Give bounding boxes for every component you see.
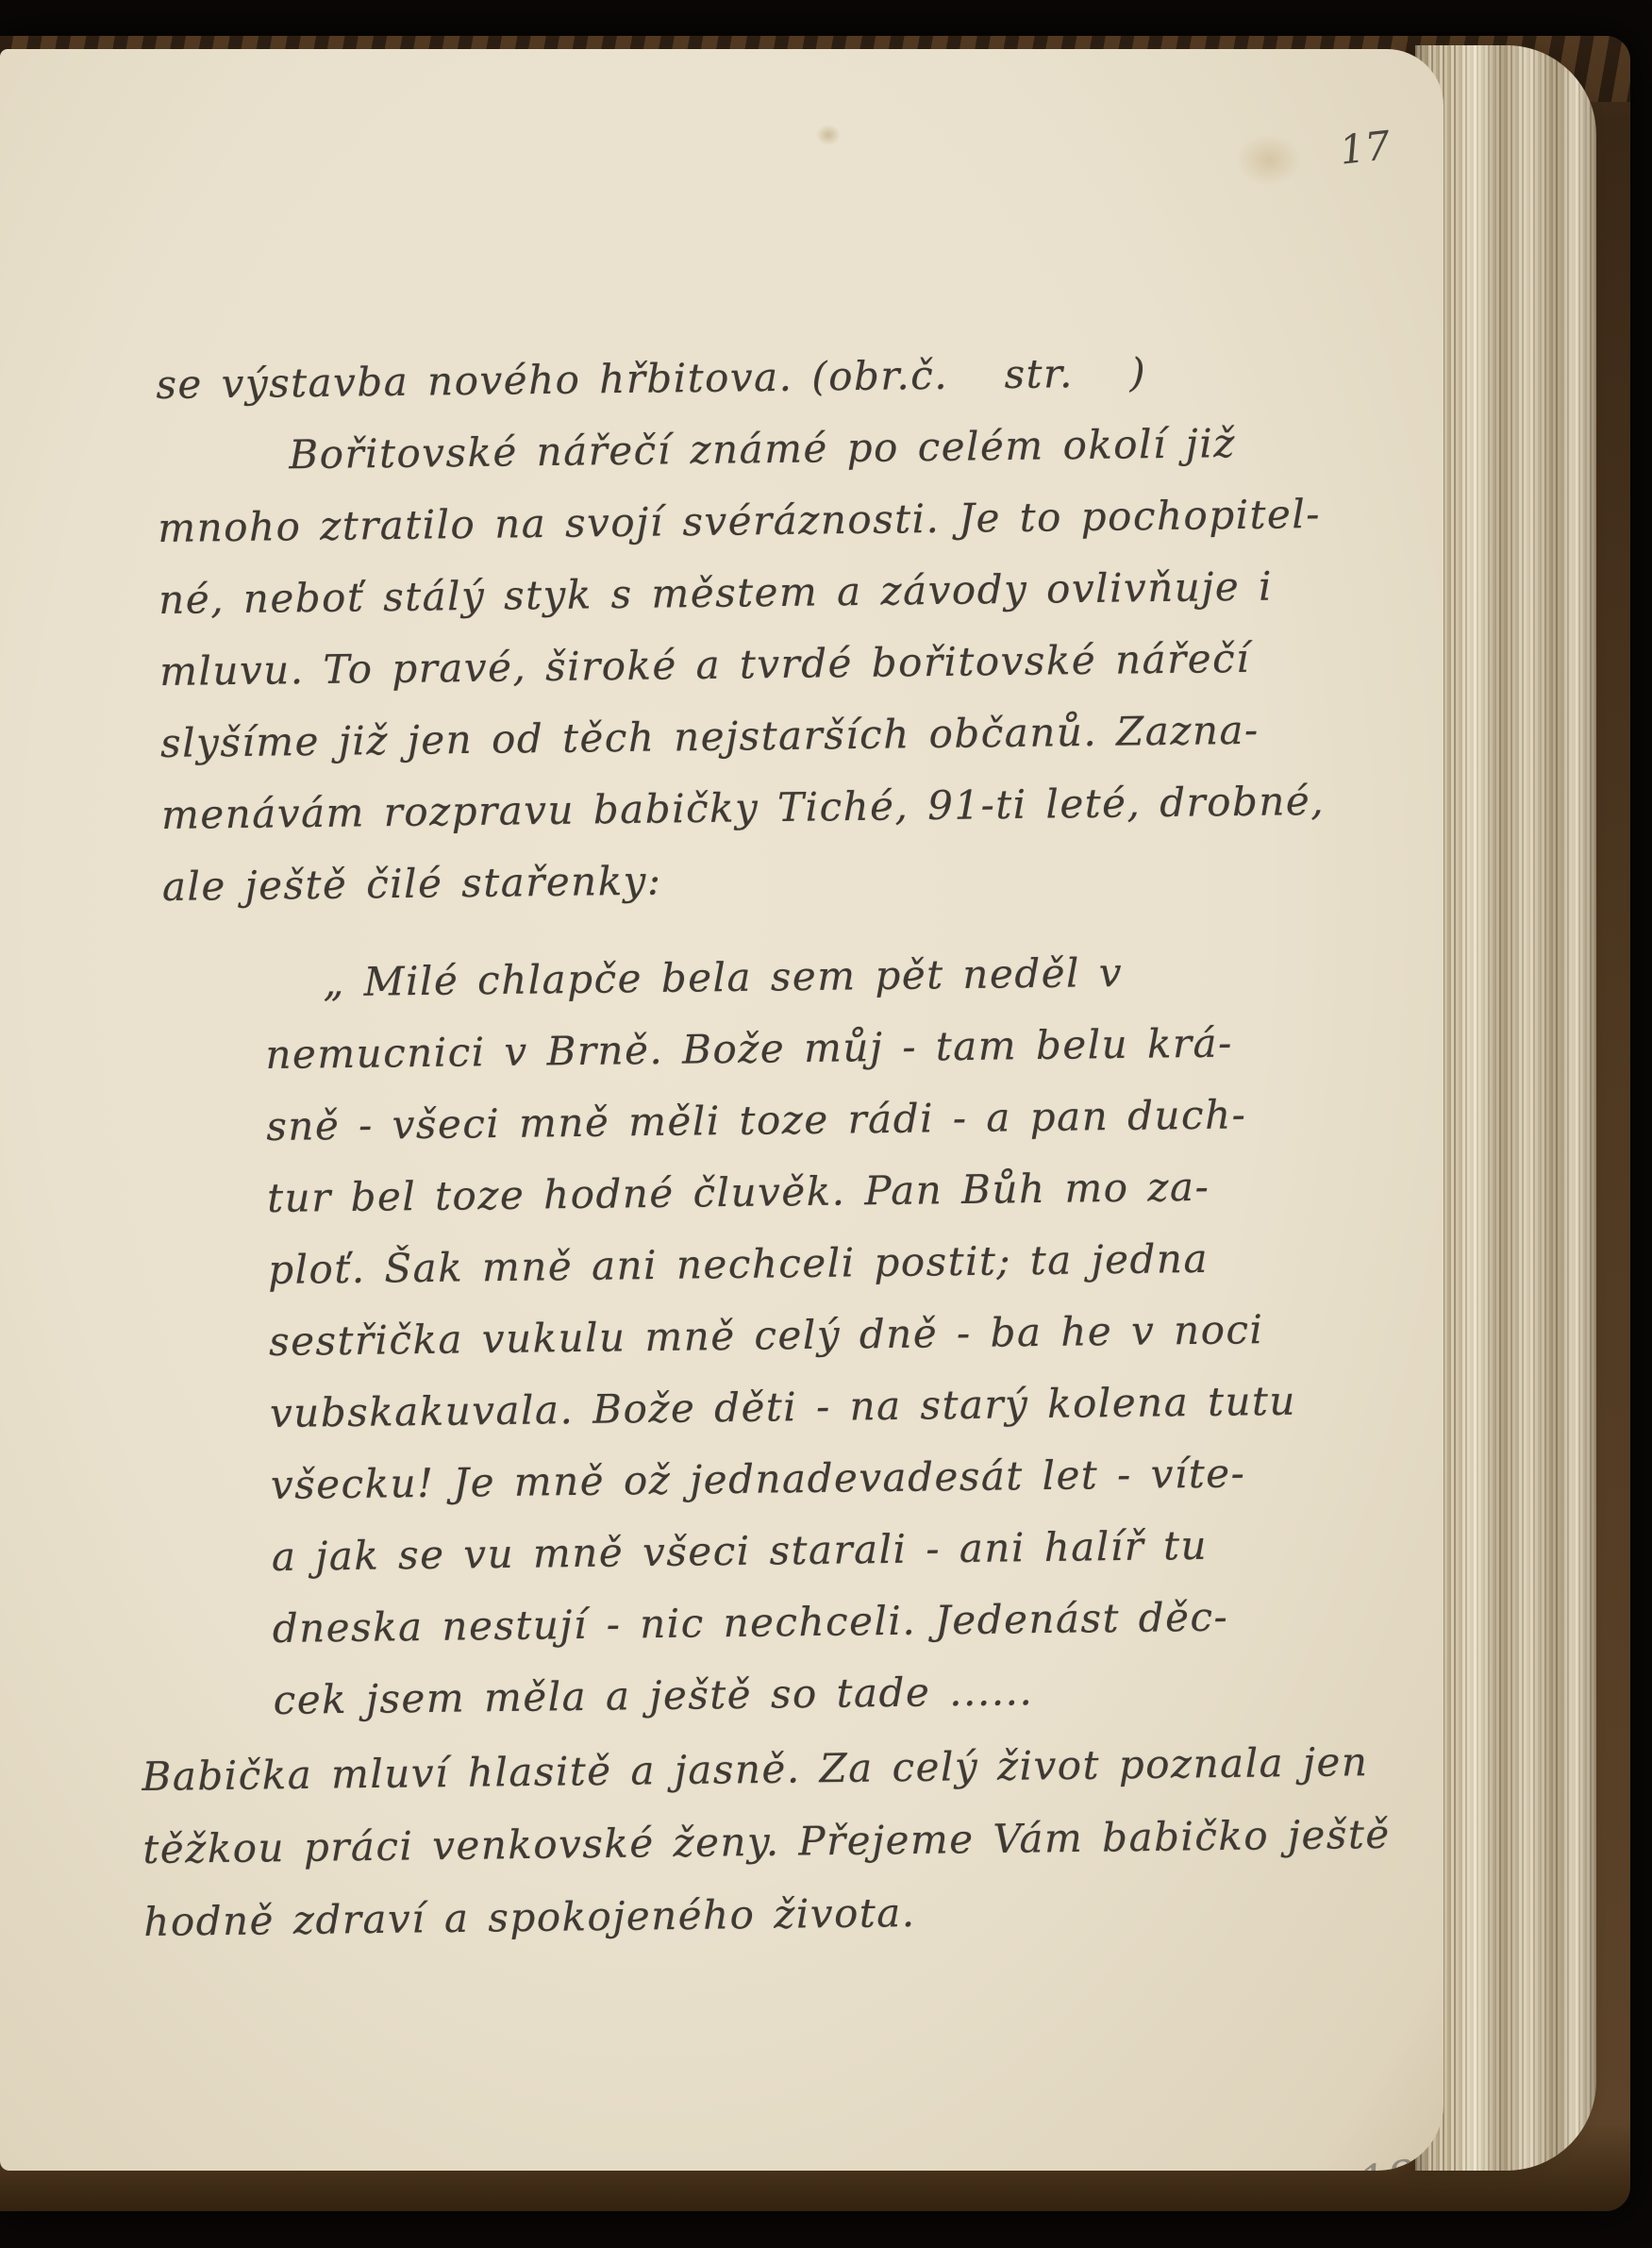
notebook-page: 17 se výstavba nového hřbitova. (obr.č. … [0, 49, 1443, 2171]
text-line: tur bel toze hodné čluvěk. Pan Bůh mo za… [267, 1150, 1294, 1234]
page-number-top: 17 [1338, 122, 1393, 173]
closing-paragraph: Babička mluví hlasitě a jasně. Za celý ž… [142, 1725, 1392, 1958]
text-line: sestřička vukulu mně celý dně - ba he v … [269, 1294, 1296, 1378]
book-photo: 17 se výstavba nového hřbitova. (obr.č. … [0, 0, 1652, 2248]
page-number-bottom: 18 [1355, 2150, 1419, 2171]
text-line: nemucnici v Brně. Bože můj - tam belu kr… [265, 1007, 1293, 1091]
text-line: těžkou práci venkovské ženy. Přejeme Vám… [142, 1798, 1391, 1886]
text-line: „ Milé chlapče bela sem pět neděl v [264, 935, 1292, 1019]
text-line: a jak se vu mně všeci starali - ani halí… [271, 1509, 1298, 1593]
text-line: ploť. Šak mně ani nechceli postit; ta je… [268, 1222, 1295, 1306]
quoted-speech: „ Milé chlapče bela sem pět neděl v nemu… [264, 935, 1300, 1736]
text-line: vubskakuvala. Bože děti - na starý kolen… [270, 1366, 1297, 1450]
text-line: sně - všeci mně měli toze rádi - a pan d… [266, 1079, 1293, 1163]
page-stain [816, 125, 841, 145]
page-stain [1236, 134, 1302, 186]
text-line: dneska nestují - nic nechceli. Jedenást … [272, 1581, 1299, 1665]
text-line: hodně zdraví a spokojeného života. [143, 1871, 1392, 1958]
text-line: ale ještě čilé stařenky: [161, 837, 1326, 923]
text-line: všecku! Je mně ož jednadevadesát let - v… [270, 1437, 1297, 1521]
opening-paragraphs: se výstavba nového hřbitova. (obr.č. str… [156, 335, 1326, 923]
text-line: menávám rozpravu babičky Tiché, 91-ti le… [161, 765, 1326, 851]
text-line: cek jsem měla a ještě so tade ...... [273, 1652, 1300, 1736]
